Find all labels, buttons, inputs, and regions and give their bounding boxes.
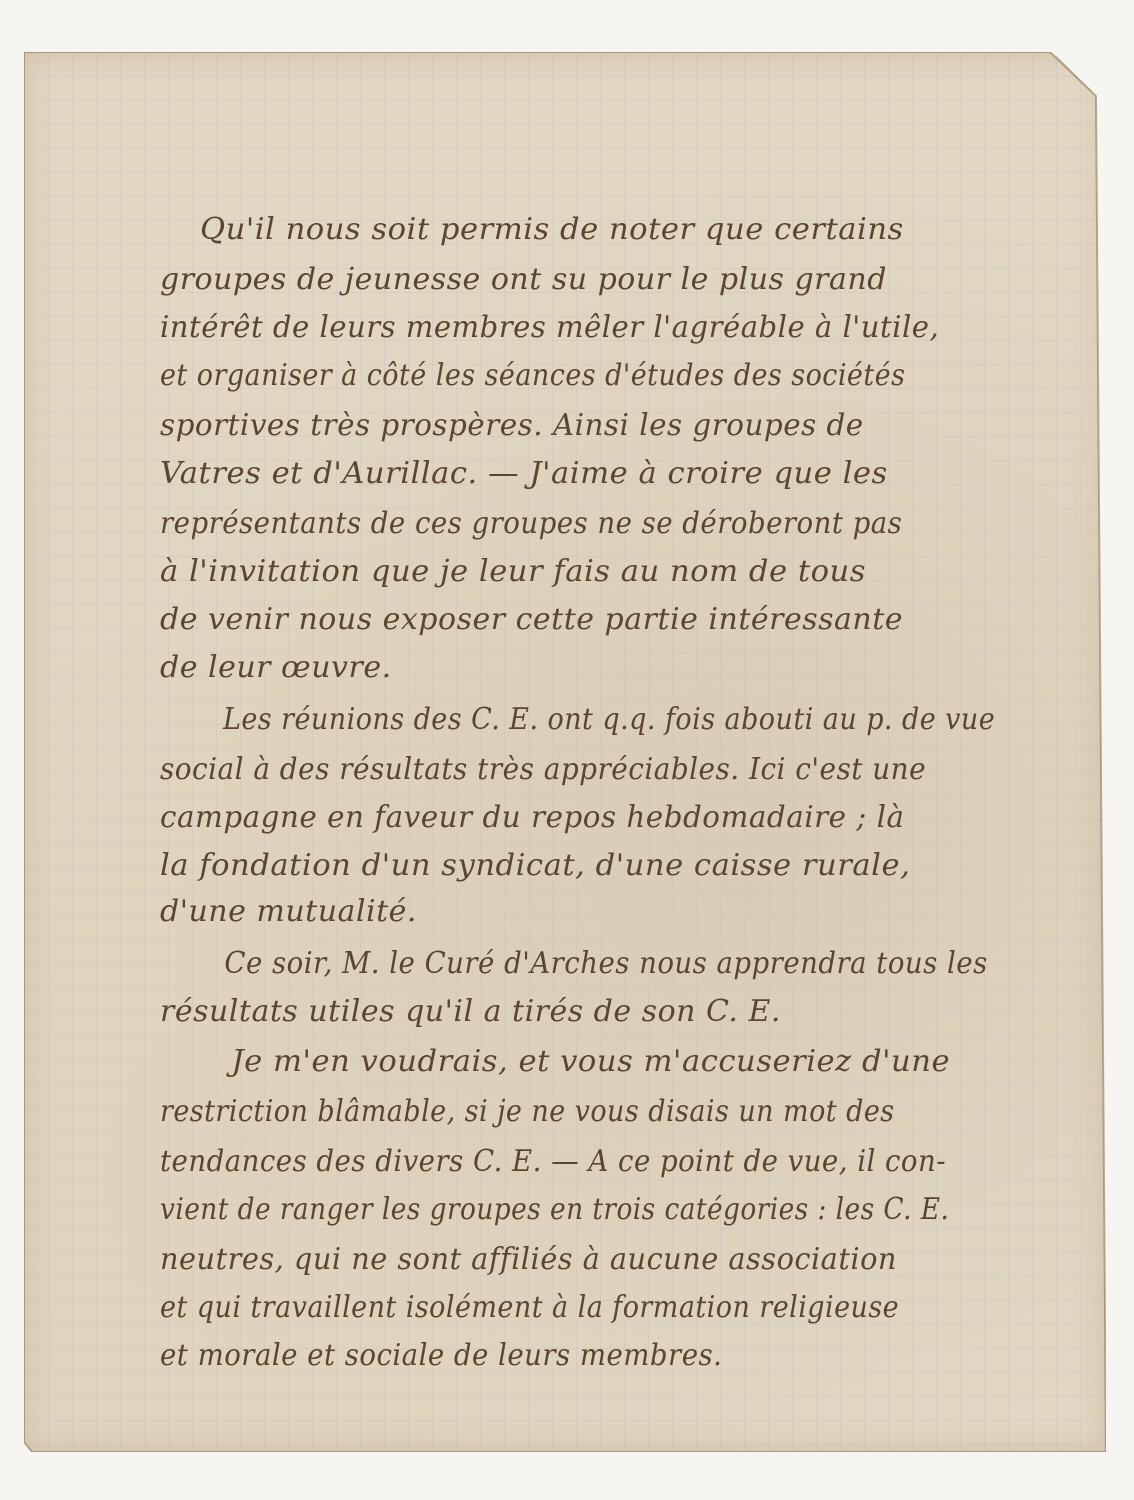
text-line-20: tendances des divers C. E. — A ce point … [160,1144,946,1179]
text-line-3: intérêt de leurs membres mêler l'agréabl… [160,310,939,345]
text-line-6: Vatres et d'Aurillac. — J'aime à croire … [160,456,888,491]
text-line-16: Ce soir, M. le Curé d'Arches nous appren… [160,946,988,981]
text-line-23: et qui travaillent isolément à la format… [160,1290,899,1325]
text-line-13: campagne en faveur du repos hebdomadaire… [160,800,905,835]
text-line-10: de leur œuvre. [160,650,392,685]
text-line-15: d'une mutualité. [160,894,417,929]
text-line-11: Les réunions des C. E. ont q.q. fois abo… [160,702,995,737]
text-line-18: Je m'en voudrais, et vous m'accuseriez d… [160,1044,950,1079]
text-line-14: la fondation d'un syndicat, d'une caisse… [160,848,910,883]
text-line-19: restriction blâmable, si je ne vous disa… [160,1094,895,1129]
text-line-8: à l'invitation que je leur fais au nom d… [160,554,866,589]
text-line-9: de venir nous exposer cette partie intér… [160,602,903,637]
text-line-12: social à des résultats très appréciables… [160,752,926,787]
text-line-17: résultats utiles qu'il a tirés de son C.… [160,994,781,1029]
text-line-21: vient de ranger les groupes en trois cat… [160,1192,949,1227]
text-line-2: groupes de jeunesse ont su pour le plus … [160,262,887,297]
text-line-24: et morale et sociale de leurs membres. [160,1338,722,1373]
text-line-22: neutres, qui ne sont affiliés à aucune a… [160,1242,897,1277]
text-line-7: représentants de ces groupes ne se dérob… [160,506,902,541]
text-line-4: et organiser à côté les séances d'études… [160,358,905,393]
text-line-1: Qu'il nous soit permis de noter que cert… [200,212,904,247]
text-line-5: sportives très prospères. Ainsi les grou… [160,408,864,443]
